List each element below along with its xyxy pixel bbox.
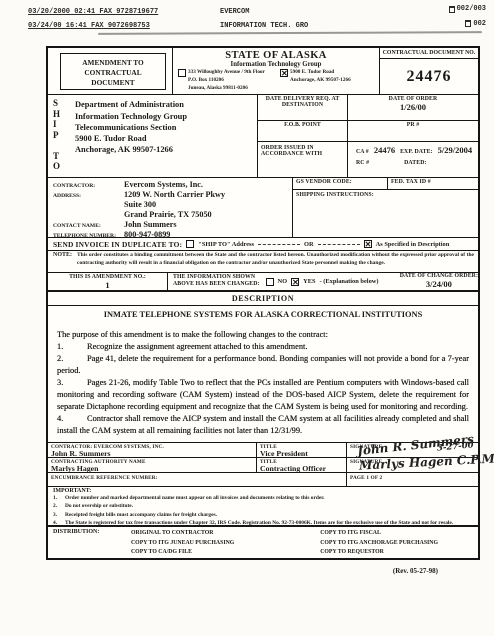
encumbrance-label: ENCUMBRANCE REFERENCE NUMBER: — [48, 473, 347, 486]
order-issued-subrow: ORDER ISSUED IN ACCORDANCE WITH CA # 244… — [258, 142, 478, 177]
ship-to-vertical-label: S H I P T O — [53, 98, 75, 175]
order-issued-label: ORDER ISSUED IN ACCORDANCE WITH — [258, 142, 348, 177]
description-item-3: 3.Pages 21-26, modify Table Two to refle… — [57, 377, 469, 413]
authority-title-value: Contracting Officer — [260, 465, 346, 473]
change-order-date-value: 3/24/00 — [400, 279, 478, 289]
item-number: 1. — [53, 494, 60, 502]
form-title-cell: AMENDMENT TO CONTRACTUAL DOCUMENT — [48, 48, 172, 94]
changed-yes-checkbox[interactable]: ✕ — [291, 278, 299, 286]
description-title: INMATE TELEPHONE SYSTEMS FOR ALASKA CORR… — [57, 310, 469, 319]
amendment-number-cell: THIS IS AMENDMENT NO.: 1 — [48, 273, 168, 291]
item-text: Order number and marked departmental nam… — [65, 494, 325, 502]
distribution-section: DISTRIBUTION: ORIGINAL TO CONTRACTOR COP… — [48, 527, 478, 558]
agency-name: STATE OF ALASKA — [173, 50, 379, 61]
important-item-4: 4.The State is registered for tax free t… — [53, 519, 473, 527]
form-title: AMENDMENT TO CONTRACTUAL DOCUMENT — [60, 53, 166, 90]
order-issued-values: CA # 24476 EXP. DATE: 5/29/2004 RC # DAT… — [348, 142, 478, 177]
note-text: This order constitutes a binding commitm… — [77, 252, 474, 272]
signature-section: CONTRACTOR: EVERCOM SYSTEMS, INC. John R… — [48, 443, 478, 487]
as-specified-option: As Specified in Description — [376, 241, 450, 248]
note-label: NOTE: — [53, 252, 72, 272]
description-body: INMATE TELEPHONE SYSTEMS FOR ALASKA CORR… — [48, 306, 478, 443]
contractor-cell: CONTRACTOR: Evercom Systems, Inc. ADDRES… — [48, 178, 292, 237]
description-header: DESCRIPTION — [48, 292, 478, 306]
fax-page-counter-1: 002/003 — [449, 5, 486, 13]
item-text: Recognize the assignment agreement attac… — [87, 342, 307, 351]
information-changed-label: THE INFORMATION SHOWN ABOVE HAS BEEN CHA… — [173, 274, 260, 290]
ship-to-address-option: "SHIP TO" Address — [198, 241, 254, 248]
important-item-1: 1.Order number and marked departmental n… — [53, 494, 473, 502]
item-number: 4. — [57, 413, 87, 425]
fax-timestamp-2: 03/24/00 16:41 FAX 9072698753 — [28, 22, 220, 30]
date-delivery-label: DATE DELIVERY REQ. AT DESTINATION — [258, 95, 348, 120]
fax-page-icon — [465, 20, 471, 27]
as-specified-checkbox[interactable]: ✕ — [364, 240, 372, 248]
agency-cell: STATE OF ALASKA Information Technology G… — [172, 48, 380, 94]
fax-page-icon — [449, 6, 455, 13]
juneau-office-checkbox[interactable] — [178, 69, 186, 77]
delivery-date-subrow: DATE DELIVERY REQ. AT DESTINATION DATE O… — [258, 95, 478, 121]
vendor-shipping-cell: GS VENDOR CODE: FED. TAX ID # SHIPPING I… — [292, 178, 478, 237]
fax-timestamp-1: 03/20/2000 02:41 FAX 9728719677 — [28, 8, 220, 16]
juneau-office-option: 333 Willoughby Avenue / 9th Floor P.O. B… — [178, 69, 275, 92]
date-of-order-value: 1/26/00 — [348, 102, 478, 112]
distribution-label: DISTRIBUTION: — [53, 529, 119, 558]
fax-sender-name: EVERCOM — [220, 8, 449, 16]
fob-subrow: F.O.B. POINT PR # — [258, 121, 478, 142]
fax-page-counter-2: 002 — [465, 20, 486, 28]
contractor-label: CONTRACTOR: — [53, 180, 119, 190]
ship-to-row: S H I P T O Department of Administration… — [48, 95, 478, 178]
ca-number-label: CA # — [356, 149, 369, 155]
distribution-column-1: ORIGINAL TO CONTRACTOR COPY TO ITG JUNEA… — [131, 529, 234, 558]
fax-header-line-2: 03/24/00 16:41 FAX 9072698753 INFORMATIO… — [28, 20, 486, 31]
revision-note: (Rev. 05-27-98) — [393, 567, 438, 575]
amendment-number-row: THIS IS AMENDMENT NO.: 1 THE INFORMATION… — [48, 273, 478, 293]
amendment-form: AMENDMENT TO CONTRACTUAL DOCUMENT STATE … — [46, 46, 480, 560]
contract-number-value: 24476 — [380, 59, 478, 94]
change-order-date-cell: DATE OF CHANGE ORDER: 3/24/00 — [400, 273, 478, 291]
shipping-instructions-label: SHIPPING INSTRUCTIONS: — [293, 190, 478, 198]
item-number: 2. — [53, 502, 60, 510]
amendment-number-value: 1 — [48, 280, 167, 290]
changed-yes-label: YES — [303, 278, 315, 285]
item-number: 2. — [57, 353, 87, 365]
item-text: Contractor shall remove the AICP system … — [57, 414, 469, 435]
encumbrance-row: ENCUMBRANCE REFERENCE NUMBER: PAGE 1 OF … — [48, 473, 478, 486]
contractor-address: 1209 W. North Carrier Pkwy Suite 300 Gra… — [124, 190, 225, 220]
item-text: The State is registered for tax free tra… — [65, 519, 453, 527]
exp-date-label: EXP. DATE: — [400, 149, 433, 155]
authority-printed-name: Marlys Hagen — [51, 465, 256, 473]
dotted-leader — [318, 244, 360, 245]
vendor-code-label: GS VENDOR CODE: — [293, 178, 388, 189]
date-of-order-cell: DATE OF ORDER 1/26/00 — [348, 95, 478, 120]
contract-number-cell: CONTRACTUAL DOCUMENT NO. 24476 — [380, 48, 478, 94]
item-text: Page 41, delete the requirement for a pe… — [57, 354, 469, 375]
order-info-cell: DATE DELIVERY REQ. AT DESTINATION DATE O… — [257, 95, 478, 177]
contractor-name: Evercom Systems, Inc. — [124, 180, 203, 190]
item-number: 4. — [53, 519, 60, 527]
contractor-printed-name: John R. Summers — [51, 450, 256, 458]
fax-header: 03/20/2000 02:41 FAX 9728719677 EVERCOM … — [28, 5, 486, 34]
send-invoice-label: SEND INVOICE IN DUPLICATE TO: — [53, 240, 182, 249]
description-intro: The purpose of this amendment is to make… — [57, 329, 469, 341]
change-order-date-label: DATE OF CHANGE ORDER: — [400, 273, 478, 279]
page-indicator: PAGE 1 OF 2 — [347, 473, 478, 486]
agency-subtitle: Information Technology Group — [173, 61, 379, 68]
fax-recipient-name: INFORMATION TECH. GRO — [220, 22, 465, 30]
item-number: 3. — [57, 377, 87, 389]
ship-to-cell: S H I P T O Department of Administration… — [48, 95, 257, 177]
item-text: Receipted freight bills must accompany c… — [65, 511, 217, 519]
form-header-row: AMENDMENT TO CONTRACTUAL DOCUMENT STATE … — [48, 48, 478, 95]
item-text: Do not overship or substitute. — [65, 502, 133, 510]
distribution-column-2: COPY TO ITG FISCAL COPY TO ITG ANCHORAGE… — [320, 529, 438, 558]
item-text: Pages 21-26, modify Table Two to reflect… — [57, 378, 469, 411]
scan-artifact — [98, 31, 482, 35]
ship-to-address-checkbox[interactable] — [186, 240, 194, 248]
description-item-2: 2.Page 41, delete the requirement for a … — [57, 353, 469, 377]
fax-page-count-1: 002/003 — [457, 5, 486, 13]
changed-no-label: NO — [278, 278, 288, 285]
ca-number-value: 24476 — [374, 145, 395, 155]
information-changed-cell: THE INFORMATION SHOWN ABOVE HAS BEEN CHA… — [168, 273, 400, 291]
contractor-title-value: Vice President — [260, 450, 346, 458]
pr-number-label: PR # — [348, 122, 478, 128]
important-section: IMPORTANT: 1.Order number and marked dep… — [48, 487, 478, 527]
item-number: 1. — [57, 341, 87, 353]
anchorage-office-checkbox[interactable]: ✕ — [280, 69, 288, 77]
description-item-4: 4.Contractor shall remove the AICP syste… — [57, 413, 469, 437]
contractor-address-label: ADDRESS: — [53, 190, 119, 220]
juneau-address: 333 Willoughby Avenue / 9th Floor P.O. B… — [188, 69, 265, 92]
description-item-1: 1.Recognize the assignment agreement att… — [57, 341, 469, 353]
exp-date-value: 5/29/2004 — [438, 145, 472, 155]
fax-page-count-2: 002 — [473, 20, 486, 28]
anchorage-address: 5900 E. Tudor Road Anchorage, AK 99507-1… — [290, 69, 351, 92]
authority-signature-row: CONTRACTING AUTHORITY NAME Marlys Hagen … — [48, 458, 478, 473]
explanation-below-text: - (Explanation below) — [320, 278, 379, 285]
contact-name-label: CONTACT NAME: — [53, 220, 119, 230]
dotted-leader — [258, 244, 300, 245]
changed-no-checkbox[interactable] — [266, 278, 274, 286]
note-row: NOTE: This order constitutes a binding c… — [48, 251, 478, 273]
dated-label: DATED: — [404, 160, 426, 166]
ship-to-address: Department of Administration Information… — [75, 98, 187, 175]
fed-tax-id-label: FED. TAX ID # — [388, 178, 478, 189]
contact-name-value: John Summers — [124, 220, 177, 230]
fob-point-label: F.O.B. POINT — [258, 121, 348, 141]
or-text: OR — [304, 241, 314, 248]
important-item-3: 3.Receipted freight bills must accompany… — [53, 511, 473, 519]
agency-address-options: 333 Willoughby Avenue / 9th Floor P.O. B… — [173, 68, 379, 92]
invoice-row: SEND INVOICE IN DUPLICATE TO: "SHIP TO" … — [48, 238, 478, 251]
important-item-2: 2.Do not overship or substitute. — [53, 502, 473, 510]
contract-number-label: CONTRACTUAL DOCUMENT NO. — [380, 48, 478, 59]
rc-number-label: RC # — [356, 160, 369, 166]
fax-header-line-1: 03/20/2000 02:41 FAX 9728719677 EVERCOM … — [28, 5, 486, 16]
contractor-row: CONTRACTOR: Evercom Systems, Inc. ADDRES… — [48, 178, 478, 238]
item-number: 3. — [53, 511, 60, 519]
anchorage-office-option: ✕ 5900 E. Tudor Road Anchorage, AK 99507… — [280, 69, 377, 92]
